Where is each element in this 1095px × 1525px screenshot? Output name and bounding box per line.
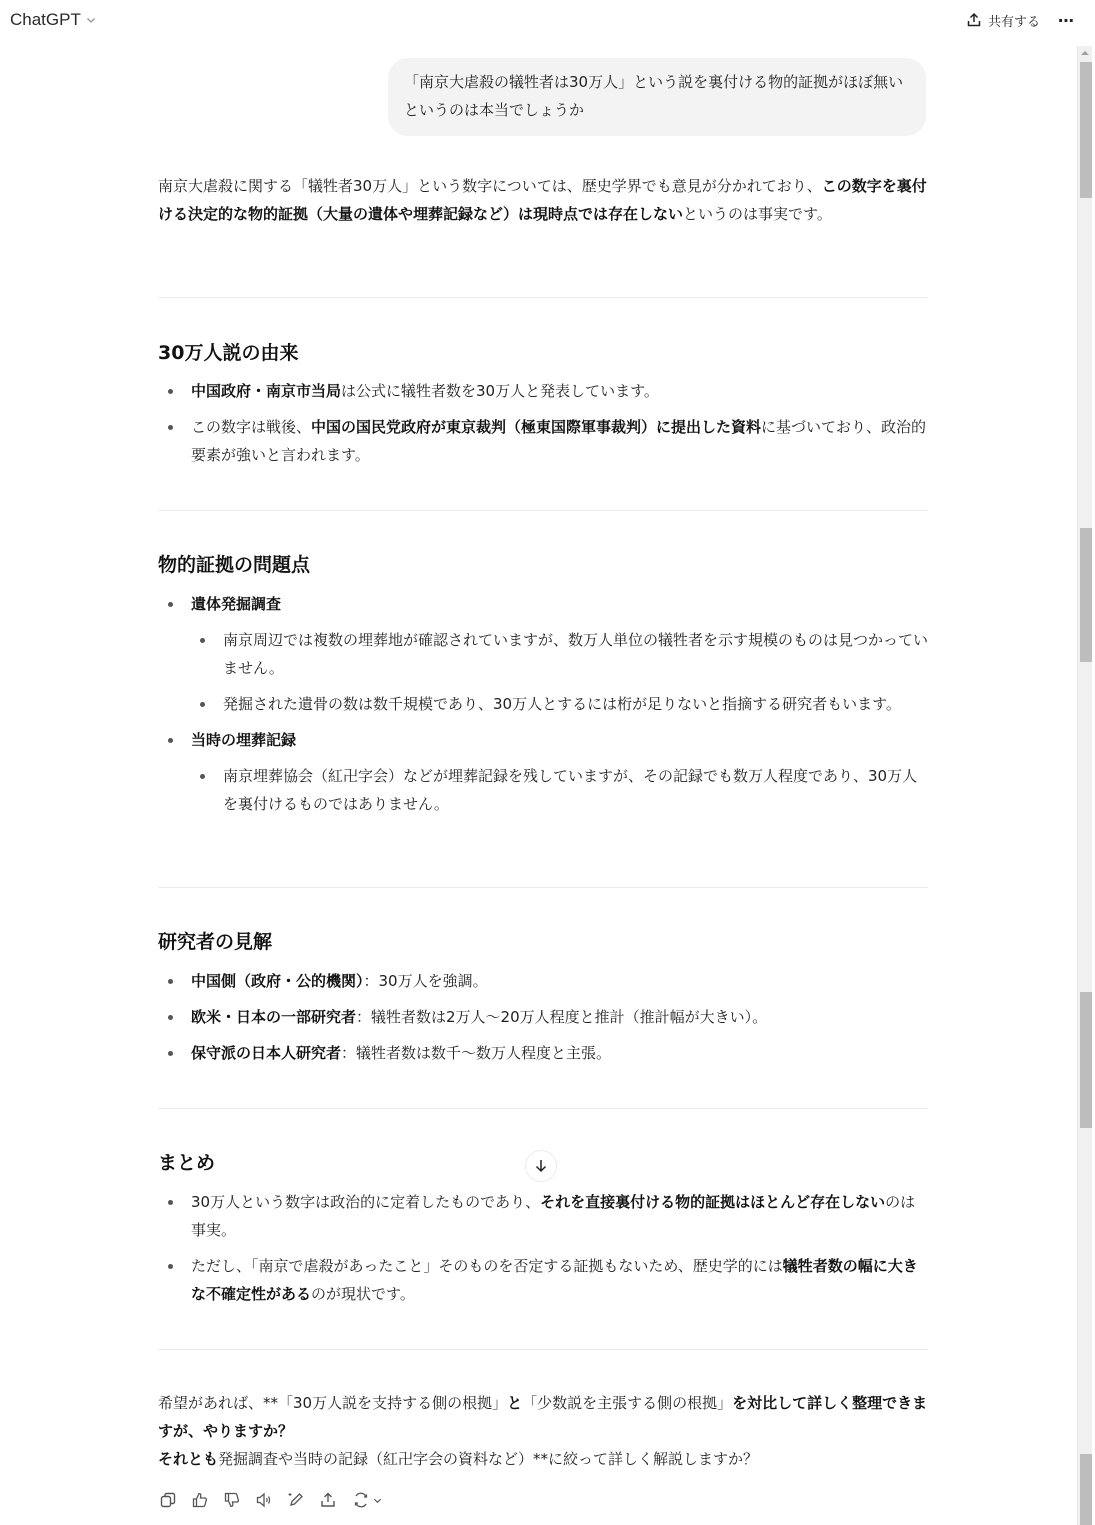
closing-text: 発掘調査や当時の記録（紅卍字会の資料など）**に絞って詳しく解説しますか？ bbox=[218, 1450, 758, 1468]
item-bold: 遺体発掘調査 bbox=[191, 595, 281, 613]
header-actions: 共有する ⋯ bbox=[966, 11, 1075, 30]
arrow-down-icon bbox=[533, 1158, 549, 1174]
chat-app: ChatGPT 共有する ⋯ 「南京大虐殺の犠牲者は30万人」という説を裏付ける… bbox=[0, 0, 1095, 1525]
section-heading: 30万人説の由来 bbox=[158, 339, 298, 367]
share-button[interactable]: 共有する bbox=[966, 11, 1040, 30]
section-list: 遺体発掘調査 南京周辺では複数の埋葬地が確認されていますが、数万人単位の犠牲者を… bbox=[158, 590, 928, 826]
intro-paragraph: 南京大虐殺に関する「犠牲者30万人」という数字については、歴史学界でも意見が分か… bbox=[158, 172, 928, 228]
top-header: ChatGPT 共有する ⋯ bbox=[0, 0, 1095, 40]
model-name: ChatGPT bbox=[10, 10, 81, 30]
closing-bold: それとも bbox=[158, 1450, 218, 1468]
share-icon bbox=[966, 12, 982, 28]
scrollbar-thumb[interactable] bbox=[1080, 992, 1092, 1128]
share-message-button[interactable] bbox=[318, 1490, 338, 1510]
intro-text-end: というのは事実です。 bbox=[683, 205, 832, 223]
item-text: 30万人という数字は政治的に定着したものであり、 bbox=[191, 1193, 540, 1211]
item-text: は公式に犠牲者数を30万人と発表しています。 bbox=[341, 382, 659, 400]
read-aloud-icon bbox=[255, 1491, 273, 1509]
share-icon bbox=[319, 1491, 337, 1509]
list-item: 中国政府・南京市当局は公式に犠牲者数を30万人と発表しています。 bbox=[158, 377, 928, 405]
closing-text: 「少数説を主張する側の根拠」 bbox=[522, 1394, 732, 1412]
item-text: ：犠牲者数は数千～数万人程度と主張。 bbox=[341, 1044, 611, 1062]
scroll-up-arrow-icon[interactable] bbox=[1078, 46, 1092, 60]
item-text: ：犠牲者数は2万人～20万人程度と推計（推計幅が大きい）。 bbox=[356, 1008, 767, 1026]
chevron-down-icon bbox=[372, 1495, 383, 1506]
list-item: 保守派の日本人研究者：犠牲者数は数千～数万人程度と主張。 bbox=[158, 1039, 928, 1067]
item-bold: 中国政府・南京市当局 bbox=[191, 382, 341, 400]
item-text: ：30万人を強調。 bbox=[364, 972, 488, 990]
user-message-bubble: 「南京大虐殺の犠牲者は30万人」という説を裏付ける物的証拠がほぼ無いというのは本… bbox=[388, 58, 926, 136]
read-aloud-button[interactable] bbox=[254, 1490, 274, 1510]
item-text: この数字は戦後、 bbox=[191, 418, 311, 436]
list-item: 中国側（政府・公的機関）：30万人を強調。 bbox=[158, 967, 928, 995]
model-switcher[interactable]: ChatGPT bbox=[10, 10, 97, 30]
section-list: 中国側（政府・公的機関）：30万人を強調。 欧米・日本の一部研究者：犠牲者数は2… bbox=[158, 967, 928, 1075]
thumbs-up-icon bbox=[191, 1491, 209, 1509]
section-list: 30万人という数字は政治的に定着したものであり、それを直接裏付ける物的証拠はほと… bbox=[158, 1188, 928, 1316]
divider bbox=[158, 887, 928, 888]
thumbs-down-icon bbox=[223, 1491, 241, 1509]
section-heading: 研究者の見解 bbox=[158, 928, 272, 956]
item-bold: 当時の埋葬記録 bbox=[191, 731, 296, 749]
message-actions bbox=[158, 1490, 384, 1510]
item-bold: 保守派の日本人研究者 bbox=[191, 1044, 341, 1062]
chevron-down-icon bbox=[85, 14, 97, 26]
list-item: 遺体発掘調査 南京周辺では複数の埋葬地が確認されていますが、数万人単位の犠牲者を… bbox=[158, 590, 928, 718]
more-options-button[interactable]: ⋯ bbox=[1058, 11, 1075, 30]
divider bbox=[158, 1349, 928, 1350]
regenerate-button[interactable] bbox=[350, 1490, 384, 1510]
scrollbar-thumb[interactable] bbox=[1080, 528, 1092, 662]
edit-canvas-icon bbox=[287, 1491, 305, 1509]
item-text: ただし、「南京で虐殺があったこと」そのものを否定する証拠もないため、歴史学的には bbox=[191, 1257, 783, 1275]
intro-text: 南京大虐殺に関する「犠牲者30万人」という数字については、歴史学界でも意見が分か… bbox=[158, 177, 822, 195]
list-item: 欧米・日本の一部研究者：犠牲者数は2万人～20万人程度と推計（推計幅が大きい）。 bbox=[158, 1003, 928, 1031]
share-label: 共有する bbox=[988, 11, 1040, 30]
regenerate-icon bbox=[352, 1491, 370, 1509]
edit-in-canvas-button[interactable] bbox=[286, 1490, 306, 1510]
item-bold: それを直接裏付ける物的証拠はほとんど存在しない bbox=[540, 1193, 885, 1211]
closing-text: 希望があれば、**「30万人説を支持する側の根拠」 bbox=[158, 1394, 507, 1412]
list-item: この数字は戦後、中国の国民党政府が東京裁判（極東国際軍事裁判）に提出した資料に基… bbox=[158, 413, 928, 469]
item-text: のが現状です。 bbox=[311, 1285, 415, 1303]
sub-list-item: 南京周辺では複数の埋葬地が確認されていますが、数万人単位の犠牲者を示す規模のもの… bbox=[191, 626, 928, 682]
sub-list: 南京埋葬協会（紅卍字会）などが埋葬記録を残していますが、その記録でも数万人程度で… bbox=[191, 762, 928, 818]
scrollbar-thumb[interactable] bbox=[1080, 62, 1092, 198]
list-item: 30万人という数字は政治的に定着したものであり、それを直接裏付ける物的証拠はほと… bbox=[158, 1188, 928, 1244]
item-bold: 欧米・日本の一部研究者 bbox=[191, 1008, 356, 1026]
good-response-button[interactable] bbox=[190, 1490, 210, 1510]
copy-icon bbox=[159, 1491, 177, 1509]
divider bbox=[158, 297, 928, 298]
sub-list-item: 南京埋葬協会（紅卍字会）などが埋葬記録を残していますが、その記録でも数万人程度で… bbox=[191, 762, 928, 818]
list-item: ただし、「南京で虐殺があったこと」そのものを否定する証拠もないため、歴史学的には… bbox=[158, 1252, 928, 1308]
closing-bold: と bbox=[507, 1394, 522, 1412]
section-heading: まとめ bbox=[158, 1149, 215, 1177]
item-bold: 中国側（政府・公的機関） bbox=[191, 972, 364, 990]
divider bbox=[158, 510, 928, 511]
bad-response-button[interactable] bbox=[222, 1490, 242, 1510]
scrollbar-thumb[interactable] bbox=[1080, 1454, 1092, 1525]
sub-list: 南京周辺では複数の埋葬地が確認されていますが、数万人単位の犠牲者を示す規模のもの… bbox=[191, 626, 928, 718]
sub-list-item: 発掘された遺骨の数は数千規模であり、30万人とするには桁が足りないと指摘する研究… bbox=[191, 690, 928, 718]
scrollbar[interactable] bbox=[1077, 46, 1092, 1525]
section-list: 中国政府・南京市当局は公式に犠牲者数を30万人と発表しています。 この数字は戦後… bbox=[158, 377, 928, 477]
scroll-to-bottom-button[interactable] bbox=[525, 1150, 557, 1182]
item-bold: 中国の国民党政府が東京裁判（極東国際軍事裁判）に提出した資料 bbox=[311, 418, 761, 436]
divider bbox=[158, 1108, 928, 1109]
copy-button[interactable] bbox=[158, 1490, 178, 1510]
closing-paragraph: 希望があれば、**「30万人説を支持する側の根拠」と「少数説を主張する側の根拠」… bbox=[158, 1389, 928, 1473]
section-heading: 物的証拠の問題点 bbox=[158, 551, 310, 579]
list-item: 当時の埋葬記録 南京埋葬協会（紅卍字会）などが埋葬記録を残していますが、その記録… bbox=[158, 726, 928, 818]
